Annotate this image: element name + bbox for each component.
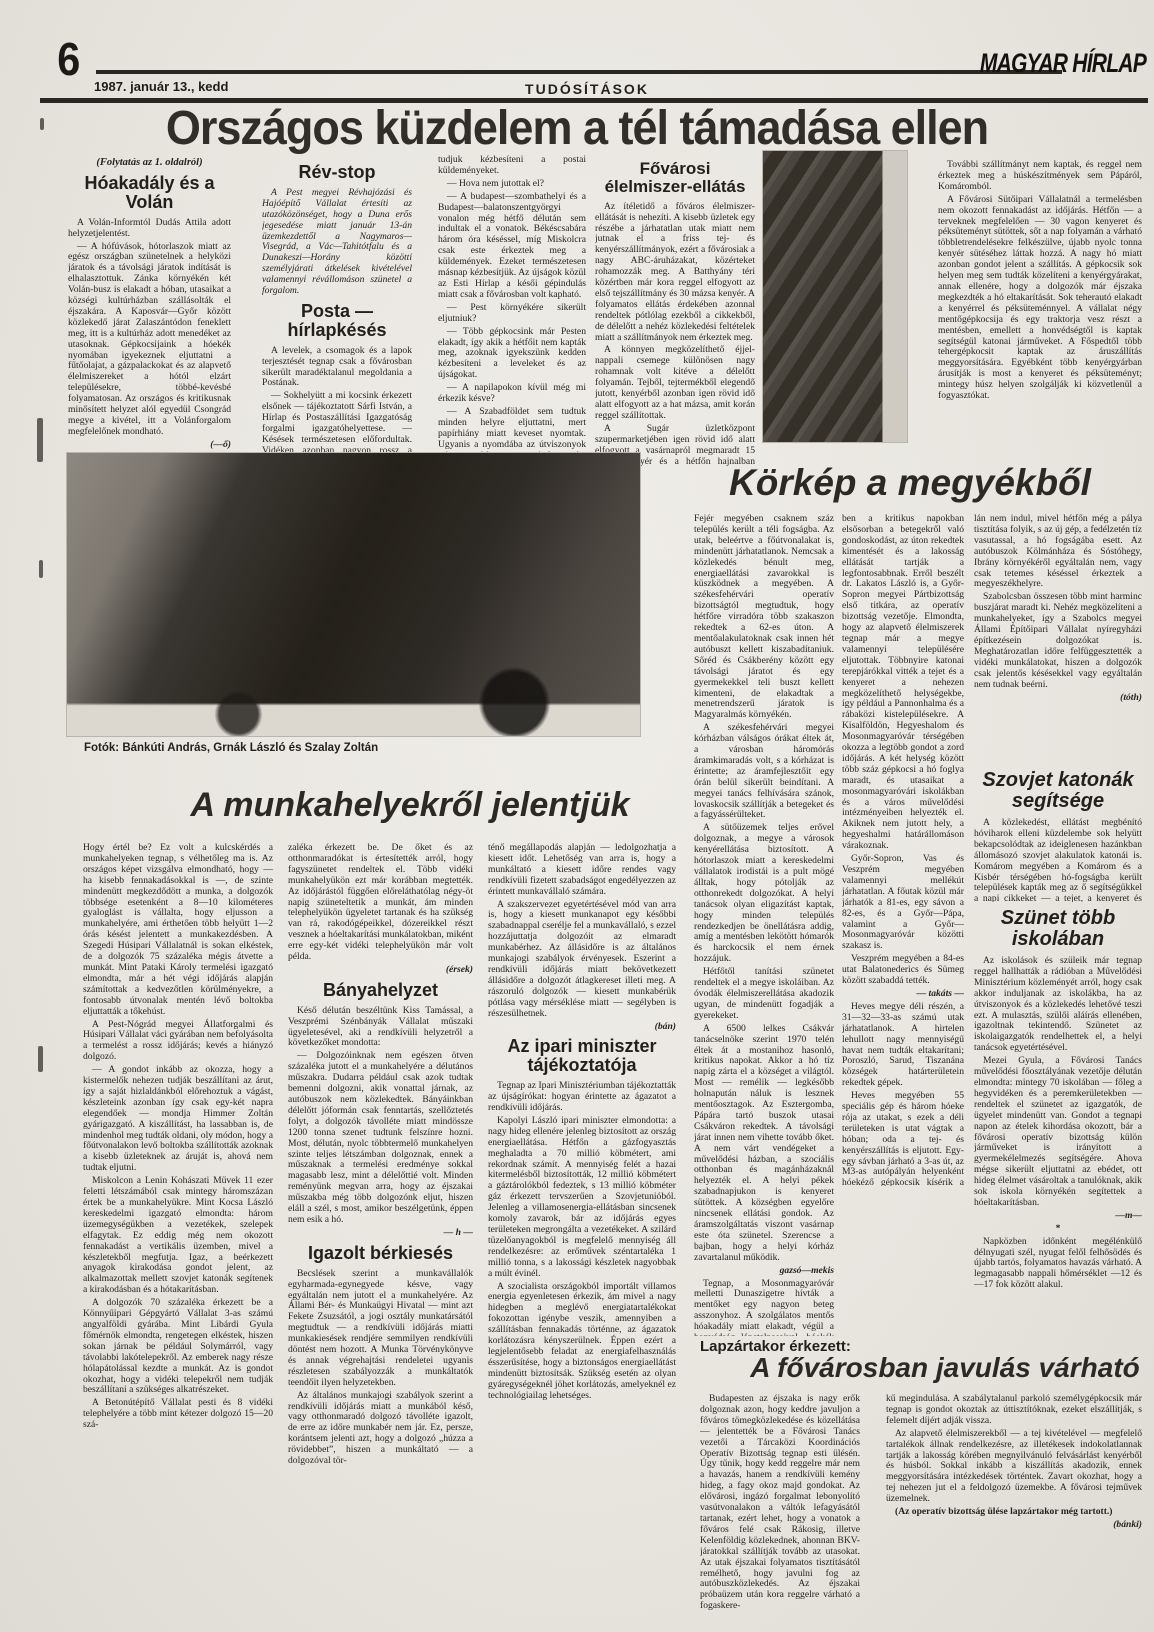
paragraph: — A budapest—szombathelyi és a Budapest—…	[438, 192, 586, 301]
korkep-column-1: Fejér megyében csaknem száz település ke…	[694, 514, 834, 1336]
paragraph: — Pest környékére sikerült eljutniuk?	[438, 303, 586, 325]
paragraph: Veszprém megyében a 84-es utat Balatoned…	[842, 954, 964, 987]
article-szovjet: Szovjet katonák segítsége A közlekedést,…	[974, 764, 1142, 902]
newspaper-page: 6 1987. január 13., kedd TUDÓSÍTÁSOK MAG…	[0, 0, 1154, 1632]
article-title-szunet: Szünet több iskolában	[974, 908, 1142, 950]
korkep-column-2: ben a kritikus napokban elsősorban a bet…	[842, 514, 964, 1186]
paragraph: A könnyen megközelíthető éjjel-nappali c…	[595, 345, 755, 421]
article-title-revstop: Rév-stop	[262, 163, 412, 182]
paragraph: Hogy értél be? Ez volt a kulcskérdés a m…	[83, 843, 273, 1018]
paragraph: Heves megye déli részén, a 31—32—33-as s…	[842, 1002, 964, 1089]
paragraph: Az iskolások és szüleik már tegnap regge…	[974, 956, 1142, 1054]
byline: gazsó—mekis	[694, 1266, 834, 1277]
article-posta-continued: tudjuk kézbesíteni a postai küldeményeke…	[438, 155, 586, 463]
article-szunet: Szünet több iskolában Az iskolások és sz…	[974, 902, 1142, 1290]
article-title-hoakadaly: Hóakadály és a Volán	[68, 174, 231, 212]
paragraph: A sütőüzemek teljes erővel dolgoznak, a …	[694, 823, 834, 965]
paragraph: További szállítmányt nem kaptak, és regg…	[938, 160, 1142, 193]
paragraph: — A gondot inkább az okozza, hogy a kist…	[83, 1065, 273, 1174]
date-label: 1987. január 13., kedd	[94, 79, 228, 94]
byline: (bán)	[488, 1022, 676, 1033]
article-title-lapzarta: A fővárosban javulás várható	[740, 1352, 1150, 1384]
paragraph: kű megindulása. A szabálytalanul parkoló…	[886, 1394, 1142, 1427]
paragraph: — A napilapokon kívül még mi érkezik kés…	[438, 383, 586, 405]
article-hoakadaly: (Folytatás az 1. oldalról) Hóakadály és …	[68, 158, 231, 460]
paragraph: A levelek, a csomagok és a lapok terjesz…	[262, 346, 412, 390]
lapzarta-column-1: Budapesten az éjszaka is nagy erők dolgo…	[700, 1394, 860, 1620]
paragraph: A közlekedést, ellátást megbénító hóviha…	[974, 818, 1142, 902]
scan-smudge	[39, 560, 43, 578]
page-number: 6	[57, 36, 80, 82]
paragraph: Az általános munkajogi szabályok szerint…	[288, 1391, 473, 1467]
photo-snow-side	[762, 150, 908, 443]
paragraph: Tegnap az Ipari Minisztériumban tájékozt…	[488, 1081, 676, 1114]
paragraph: Szabolcsban összesen több mint harminc b…	[974, 592, 1142, 690]
article-sutoipar: További szállítmányt nem kaptak, és regg…	[938, 160, 1142, 506]
scan-smudge	[37, 418, 43, 462]
paragraph: Miskolcon a Lenin Kohászati Művek 11 eze…	[83, 1176, 273, 1296]
section-title-munkahelyek: A munkahelyekről jelentjük	[130, 786, 690, 825]
masthead-logo: MAGYAR HÍRLAP	[980, 48, 1146, 79]
munkahelyek-column-2: zaléka érkezett be. De őket és az otthon…	[288, 843, 473, 1613]
article-title-banyahelyzet: Bányahelyzet	[288, 981, 473, 1000]
article-title-miniszter: Az ipari miniszter tájékoztatója	[488, 1037, 676, 1075]
main-headline: Országos küzdelem a tél támadása ellen	[0, 102, 1154, 153]
paragraph: A Fővárosi Sütőipari Vállalatnál a terme…	[938, 195, 1142, 402]
paragraph: Tegnap, a Mosonmagyaróvár melletti Dunas…	[694, 1279, 834, 1336]
paragraph: (Az operatív bizottság ülése lapzártakor…	[886, 1507, 1142, 1518]
paragraph: ben a kritikus napokban elsősorban a bet…	[842, 514, 964, 852]
paragraph: — Hova nem jutottak el?	[438, 179, 586, 190]
paragraph: A 6500 lelkes Csákvár tanácselnöke szeri…	[694, 1024, 834, 1264]
section-title-korkep: Körkép a megyékből	[670, 462, 1150, 504]
paragraph: tudjuk kézbesíteni a postai küldeményeke…	[438, 155, 586, 177]
photo-snowstorm-main	[66, 452, 641, 737]
byline: (érsek)	[288, 965, 473, 976]
separator-star: *	[974, 1224, 1142, 1235]
header-rule-top	[96, 70, 1062, 74]
paragraph: Késő délután beszéltünk Kiss Tamással, a…	[288, 1006, 473, 1050]
paragraph: A szocialista országokból importált vill…	[488, 1282, 676, 1402]
paragraph: lán nem indul, mivel hétfőn még a pálya …	[974, 514, 1142, 590]
byline: (bánki)	[886, 1520, 1142, 1531]
paragraph: Fejér megyében csaknem száz település ke…	[694, 514, 834, 721]
paragraph: ténő megállapodás alapján — ledolgozhatj…	[488, 843, 676, 898]
paragraph: Mezei Gyula, a Fővárosi Tanács művelődés…	[974, 1056, 1142, 1209]
paragraph: A Volán-Informtól Dudás Attila adott hel…	[68, 218, 231, 240]
article-revstop-posta: Rév-stop A Pest megyei Révhajózási és Ha…	[262, 158, 412, 460]
article-title-szovjet: Szovjet katonák segítsége	[974, 770, 1142, 812]
byline: —m—	[974, 1211, 1142, 1222]
paragraph: Az alapvető élelmiszerekből — a tej kivé…	[886, 1429, 1142, 1505]
paragraph: Győr-Sopron, Vas és Veszprém megyében va…	[842, 854, 964, 952]
photo-credit: Fotók: Bánkúti András, Grnák László és S…	[84, 742, 378, 754]
paragraph: A szakszervezet egyetértésével mód van a…	[488, 900, 676, 1020]
byline: (tóth)	[974, 693, 1142, 704]
paragraph: A Pest-Nógrád megyei Állatforgalmi és Hú…	[83, 1020, 273, 1064]
paragraph: Becslések szerint a munkavállalók egyhar…	[288, 1269, 473, 1389]
paragraph: — Dolgozóinknak nem egészen ötven százal…	[288, 1051, 473, 1226]
lapzarta-column-2: kű megindulása. A szabálytalanul parkoló…	[886, 1394, 1142, 1620]
paragraph: Budapesten az éjszaka is nagy erők dolgo…	[700, 1394, 860, 1612]
section-label: TUDÓSÍTÁSOK	[477, 81, 697, 97]
paragraph: A Pest megyei Révhajózási és Hajóépítő V…	[262, 188, 412, 297]
munkahelyek-column-3: ténő megállapodás alapján — ledolgozhatj…	[488, 843, 676, 1613]
paragraph: A dolgozók 70 százaléka érkezett be a Kö…	[83, 1298, 273, 1396]
article-title-fovarosi: Fővárosi élelmiszer-ellátás	[595, 160, 755, 196]
korkep-column-3: lán nem indul, mivel hétfőn még a pálya …	[974, 514, 1142, 762]
article-title-berkieses: Igazolt bérkiesés	[288, 1244, 473, 1263]
paragraph: — Sokhelyütt a mi kocsink érkezett elsőn…	[262, 391, 412, 460]
paragraph: A székesfehérvári megyei kórházban válsá…	[694, 723, 834, 821]
paragraph: zaléka érkezett be. De őket és az otthon…	[288, 843, 473, 963]
paragraph: Hétfőtől tanítási szünetet rendeltek el …	[694, 967, 834, 1022]
weather-paragraph: Napközben időnként megélénkülő délnyugat…	[974, 1237, 1142, 1290]
article-title-posta: Posta — hírlapkésés	[262, 302, 412, 340]
paragraph: Az ítéletidő a főváros élelmiszer-ellátá…	[595, 202, 755, 344]
paragraph: Heves megyében 55 speciális gép és három…	[842, 1091, 964, 1186]
byline: — h —	[288, 1228, 473, 1239]
munkahelyek-column-1: Hogy értél be? Ez volt a kulcskérdés a m…	[83, 843, 273, 1605]
paragraph: Kapolyi László ipari miniszter elmondott…	[488, 1116, 676, 1280]
paragraph: — Több gépkocsink már Pesten elakadt, íg…	[438, 327, 586, 382]
paragraph: A Betonútépítő Vállalat pesti és 8 vidék…	[83, 1398, 273, 1431]
scan-smudge	[38, 1046, 43, 1072]
byline: — takáts —	[842, 989, 964, 1000]
continuation-note: (Folytatás az 1. oldalról)	[68, 158, 231, 169]
byline: (—ő)	[68, 440, 231, 451]
paragraph: — A hófúvások, hótorlaszok miatt az egés…	[68, 242, 231, 438]
article-fovarosi: Fővárosi élelmiszer-ellátás Az ítéletidő…	[595, 155, 755, 467]
